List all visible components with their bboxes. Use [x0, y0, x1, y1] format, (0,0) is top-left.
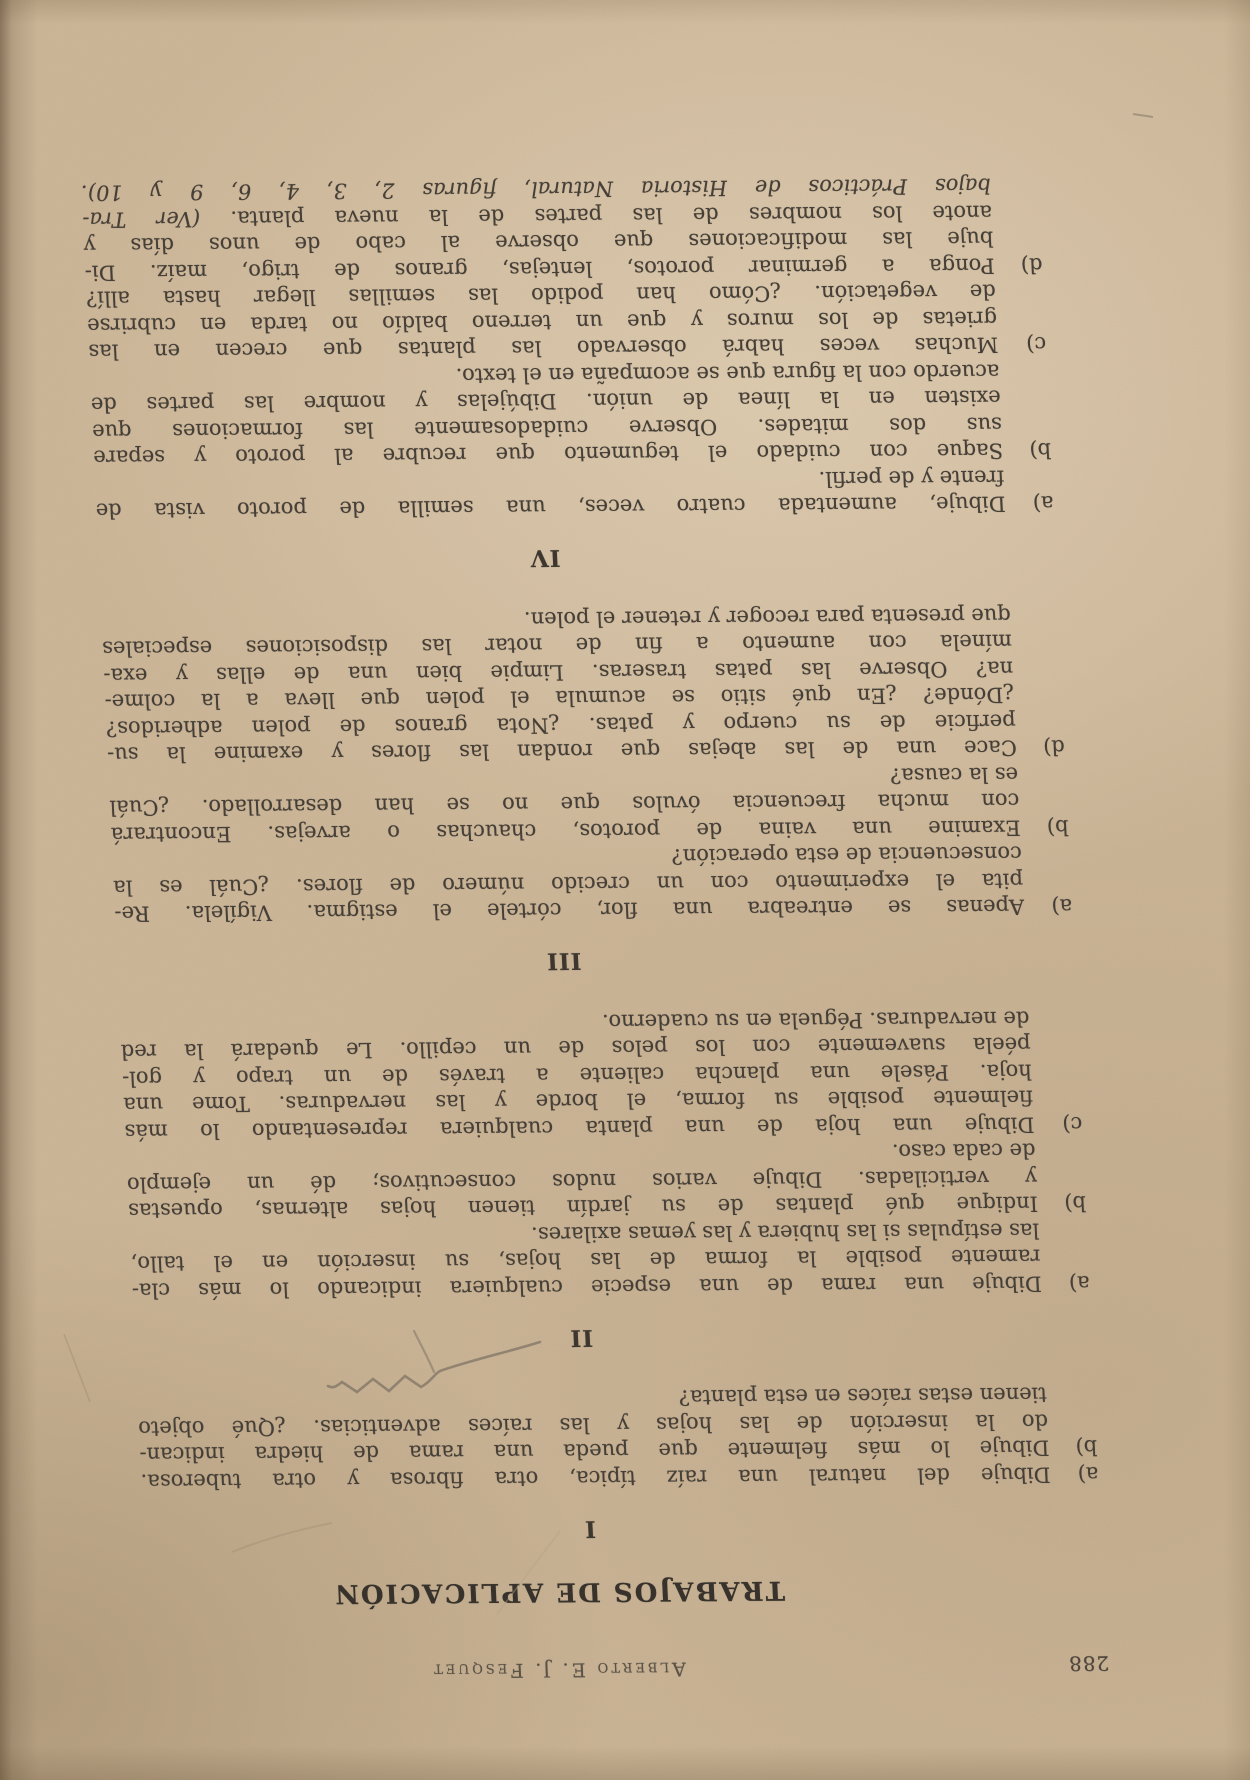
running-head: 288 Alberto E. J. Fesquet — [149, 1648, 1112, 1684]
section-heading: IV — [64, 541, 1027, 576]
sections: Ia)Dibuje del natural una raíz típica, o… — [81, 172, 1106, 1546]
page-text-block: 288 Alberto E. J. Fesquet TRABAJOS DE AP… — [81, 172, 1112, 1684]
item-label: b) — [1075, 1434, 1098, 1461]
section-heading: II — [100, 1321, 1063, 1356]
section-IV: IVa)Dibuje, aumentada cuatro veces, una … — [81, 172, 1061, 575]
section-heading: I — [109, 1511, 1072, 1546]
section-II: IIa)Dibuje una rama de una especie cualq… — [119, 1005, 1097, 1355]
section-heading: III — [82, 944, 1045, 979]
exercise-item: a)Dibuje una rama de una especie cualqui… — [129, 1217, 1094, 1304]
item-label: b) — [1046, 814, 1069, 841]
exercise-item: c)Muchas veces habrá observado las plant… — [85, 278, 1050, 365]
exercise-item: d)Ponga a germinar porotos, lentejas, gr… — [81, 172, 1048, 286]
item-label: c) — [1026, 331, 1047, 358]
page-number: 288 — [1068, 1651, 1110, 1675]
page-title: TRABAJOS DE APLICACIÓN — [77, 1573, 1040, 1611]
section-I: Ia)Dibuje del natural una raíz típica, o… — [137, 1381, 1106, 1546]
item-label: b) — [1029, 437, 1052, 464]
section-III: IIIa)Apenas se entreabra una flor, córte… — [100, 602, 1079, 979]
exercise-item: a)Apenas se entreabra una flor, córtele … — [111, 840, 1076, 927]
exercise-item: d)Cace una de las abejas que rondan las … — [100, 602, 1069, 769]
item-label: c) — [1062, 1111, 1083, 1138]
item-label: d) — [1020, 252, 1043, 279]
exercise-item: c)Dibuje una hoja de una planta cualquie… — [119, 1005, 1087, 1145]
exercise-item: b)Indique qué plantas de su jardín tiene… — [125, 1137, 1090, 1224]
exercise-item: b)Dibuje lo más fielmente que pueda una … — [137, 1381, 1102, 1468]
item-label: d) — [1043, 734, 1066, 761]
item-label: a) — [1068, 1270, 1090, 1297]
item-label: a) — [1032, 490, 1054, 517]
scanned-book-page: 288 Alberto E. J. Fesquet TRABAJOS DE AP… — [0, 0, 1250, 1780]
upside-down-page-content: 288 Alberto E. J. Fesquet TRABAJOS DE AP… — [0, 0, 1250, 1780]
item-label: a) — [1077, 1461, 1099, 1488]
running-author: Alberto E. J. Fesquet — [77, 1655, 1040, 1685]
exercise-item: b)Saque con cuidado el tegumento que rec… — [89, 358, 1056, 472]
item-label: b) — [1064, 1190, 1087, 1217]
item-label: a) — [1051, 893, 1073, 920]
exercise-item: b)Examine una vaina de porotos, chauchas… — [108, 761, 1073, 848]
exercise-item: a)Dibuje, aumentada cuatro veces, una se… — [94, 464, 1058, 525]
